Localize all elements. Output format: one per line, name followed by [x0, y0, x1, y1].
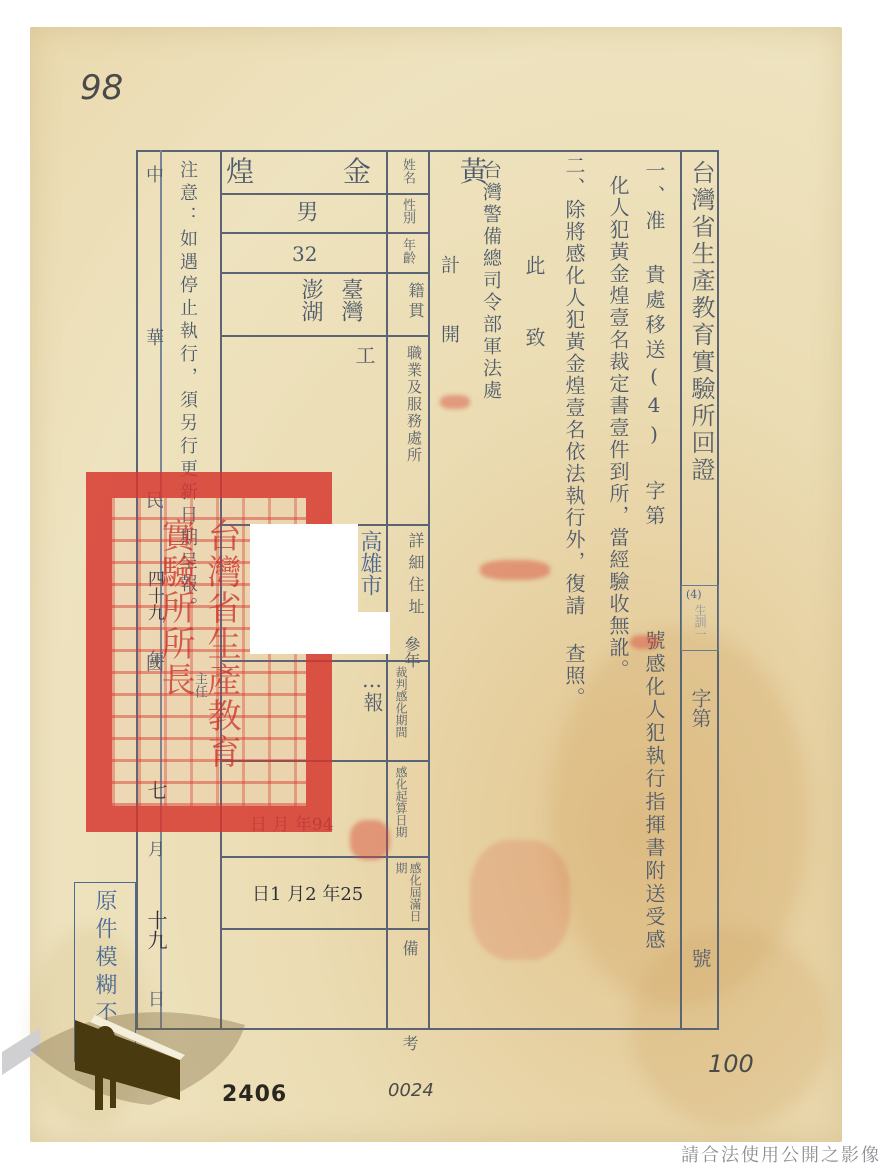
date-day: 十九	[142, 910, 171, 950]
value-address-city: 高雄市	[354, 530, 385, 596]
redaction-block	[358, 612, 390, 654]
header-end-date: 感化屆滿日期	[394, 862, 422, 924]
form-code: 生訓一	[692, 604, 709, 640]
recipient: 台灣警備總司令部軍法處	[478, 160, 505, 402]
document-title: 台灣省生產教育實驗所回證	[684, 160, 719, 484]
archive-book-logo-icon	[0, 980, 250, 1115]
header-age: 年齡	[398, 238, 417, 264]
header-sentence-period: 裁判感化期間	[394, 666, 408, 756]
form-code-box: (4) 生訓一	[681, 585, 719, 651]
pencil-note-bottom-center: 0024	[388, 1080, 434, 1101]
body-item2: 二、除將感化人犯黃金煌壹名依法執行外，復請 查照。	[560, 155, 589, 709]
header-start-date: 感化起算日期	[394, 766, 408, 852]
attachment-label: 計 開	[436, 255, 463, 357]
value-sentence-period: 參年	[400, 636, 423, 668]
seal-text: 台灣省生產教育實驗所所長	[152, 518, 244, 778]
value-end-date: 52年 2月 1日	[252, 880, 363, 906]
table-value-rule	[386, 150, 388, 1028]
page-number: 2406	[222, 1082, 287, 1107]
table-header-rule	[428, 150, 430, 1028]
value-age: 32	[292, 242, 317, 266]
value-address-rest: …報	[358, 668, 387, 712]
header-gender: 性別	[398, 198, 417, 224]
header-remarks: 備 考	[398, 940, 421, 1081]
date-month-label: 月	[142, 840, 167, 857]
body-item1-line2: 號感化人犯執行指揮書附送受感	[640, 630, 669, 952]
header-occupation: 職業及服務處所	[404, 345, 425, 464]
value-origin: 臺灣 澎湖	[290, 278, 370, 338]
value-gender: 男	[290, 200, 321, 222]
signature-title: 主任	[190, 672, 209, 698]
body-item1-line1: 一、准 貴處移送(4) 字第	[640, 160, 669, 530]
redaction-block	[250, 524, 358, 654]
value-occupation: 工	[350, 345, 379, 365]
header-origin: 籍貫	[404, 282, 427, 322]
pencil-note-bottom-right: 100	[708, 1050, 754, 1078]
header-address: 詳細住址	[404, 532, 427, 620]
serial-suffix: 號	[686, 948, 715, 968]
serial-number-label: 字第	[686, 688, 715, 728]
closing-phrase: 此 致	[520, 255, 549, 361]
usage-watermark: 請合法使用公開之影像	[681, 1141, 881, 1167]
body-item1-line3: 化人犯黃金煌壹名裁定書壹件到所，當經驗收無訛。	[604, 175, 633, 681]
pencil-note-top-left: 98	[80, 68, 123, 108]
value-name: 黃 金 煌	[226, 150, 528, 190]
form-code-top: (4)	[686, 588, 702, 601]
